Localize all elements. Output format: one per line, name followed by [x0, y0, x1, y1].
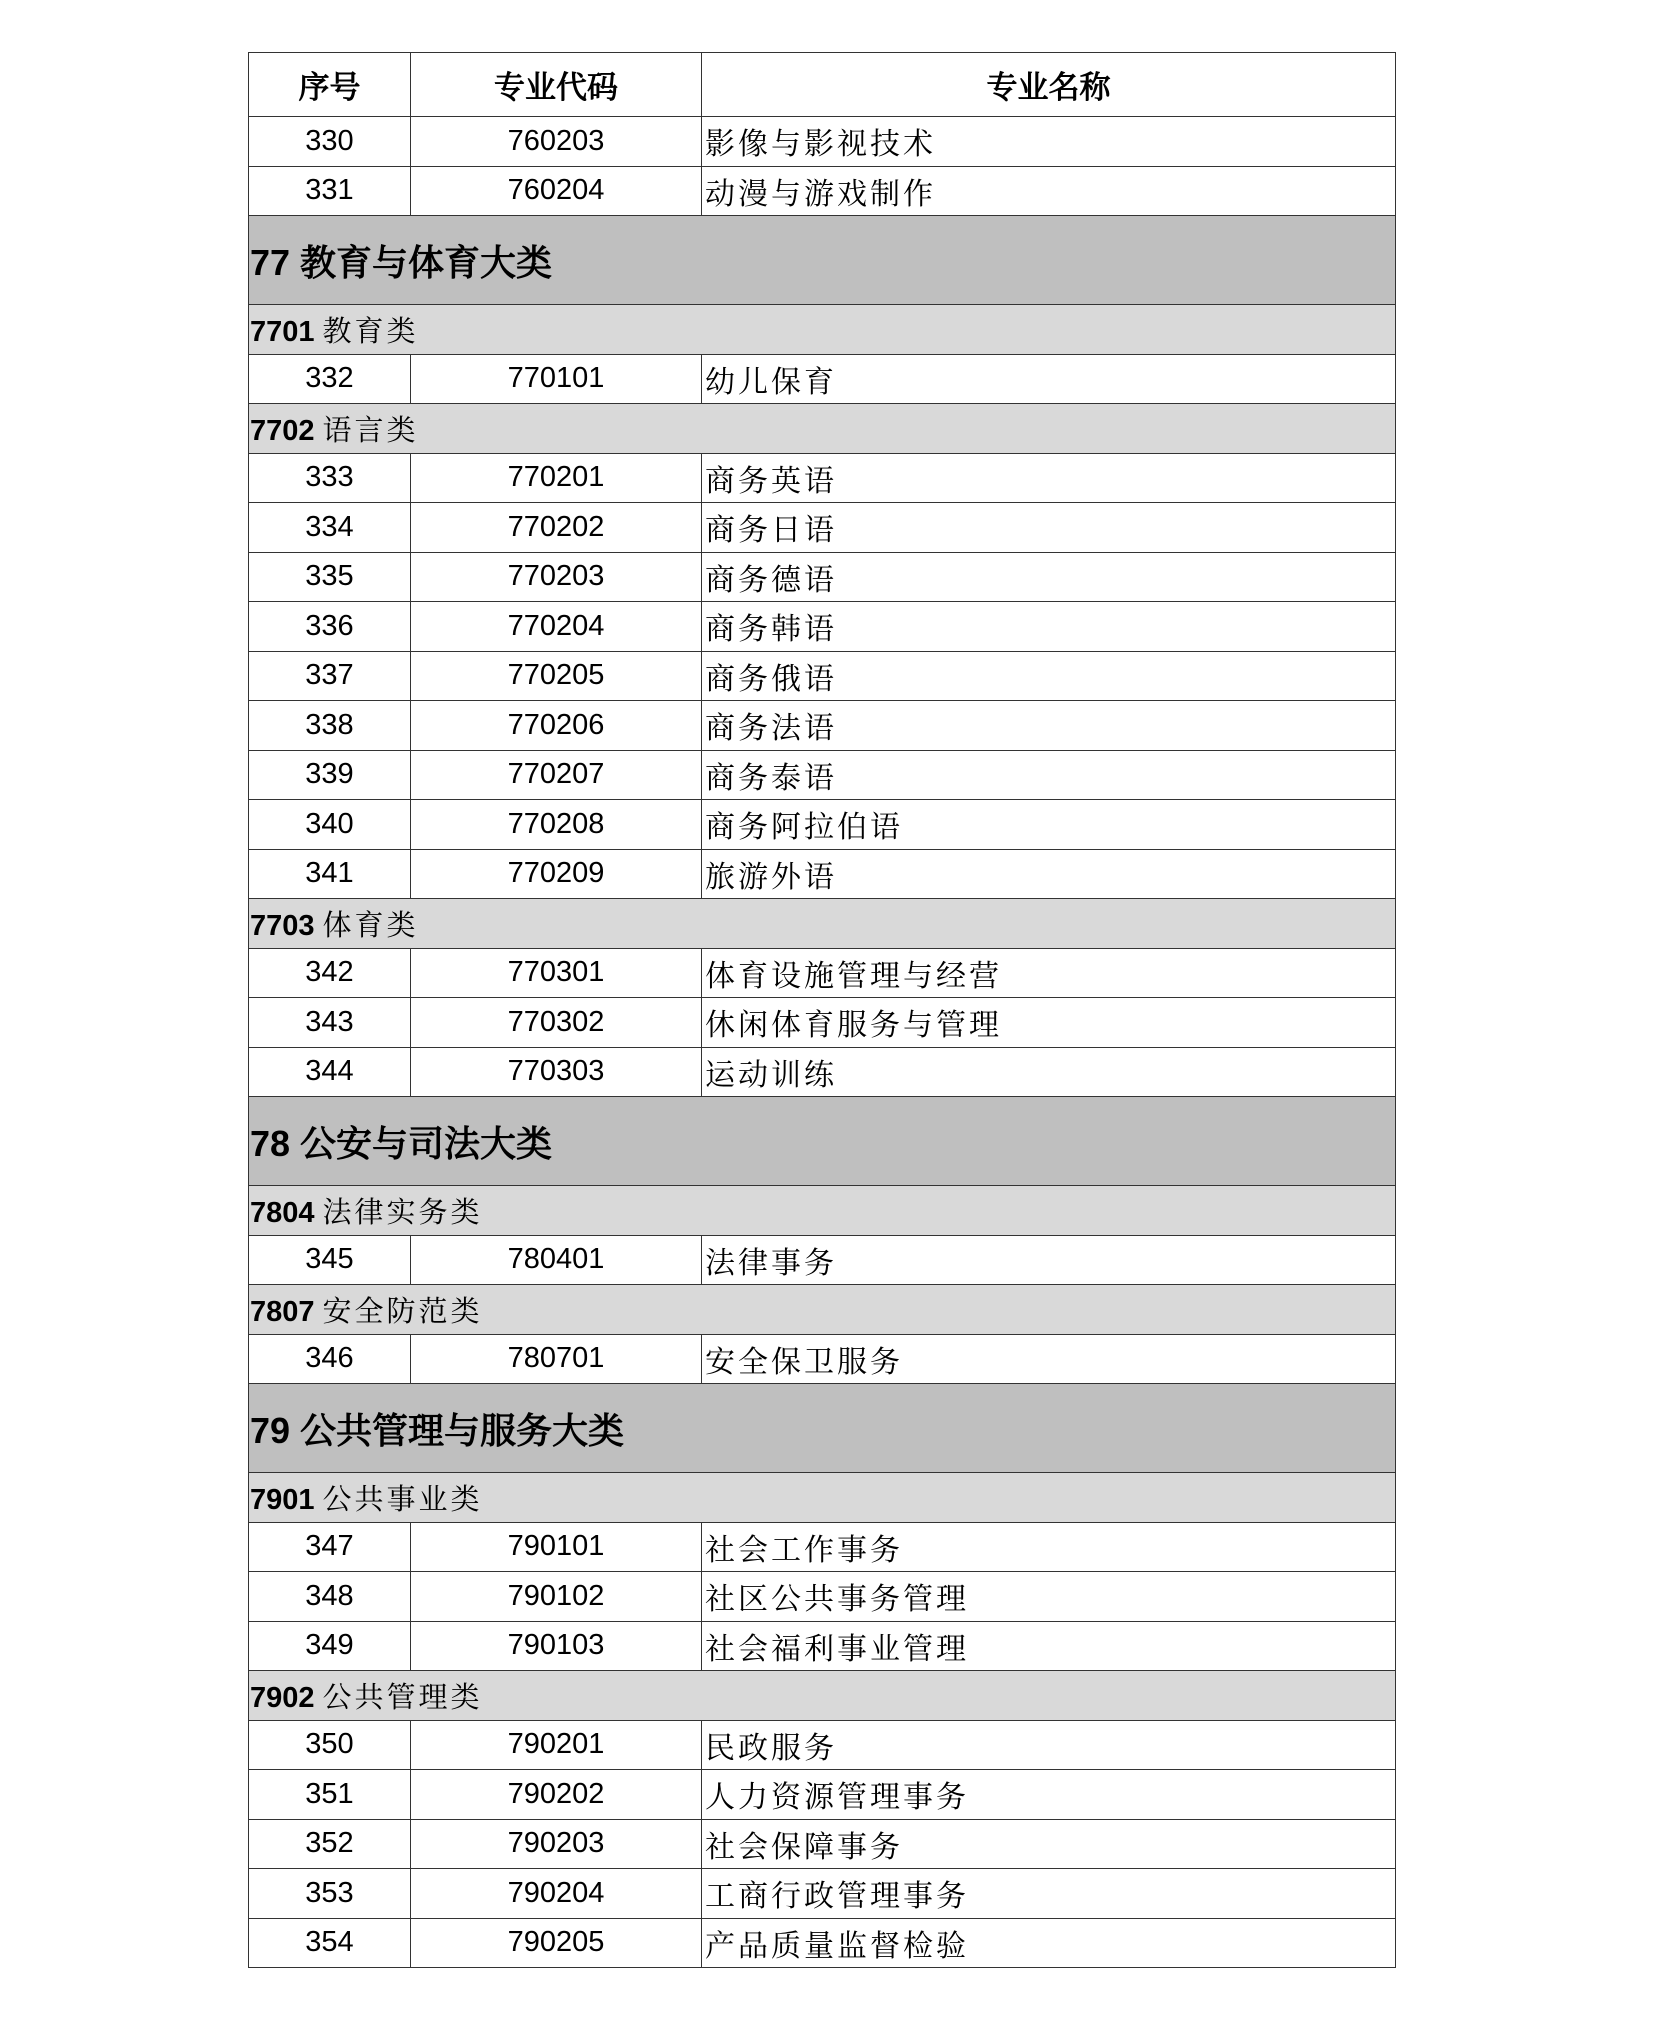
- seq-cell: 345: [249, 1235, 411, 1285]
- code-cell: 790203: [411, 1819, 702, 1869]
- subcategory-name: 教育类: [323, 314, 419, 348]
- major-category-code: 79: [250, 1410, 290, 1451]
- code-cell: 780401: [411, 1235, 702, 1285]
- table-row: 342770301体育设施管理与经营: [249, 948, 1396, 998]
- code-cell: 770302: [411, 998, 702, 1048]
- table-row: 341770209旅游外语: [249, 849, 1396, 899]
- seq-cell: 333: [249, 453, 411, 503]
- name-cell: 体育设施管理与经营: [702, 948, 1396, 998]
- seq-cell: 344: [249, 1047, 411, 1097]
- code-cell: 770301: [411, 948, 702, 998]
- name-cell: 人力资源管理事务: [702, 1770, 1396, 1820]
- subcategory-row: 7902公共管理类: [249, 1671, 1396, 1721]
- seq-cell: 335: [249, 552, 411, 602]
- code-cell: 780701: [411, 1334, 702, 1384]
- name-cell: 商务俄语: [702, 651, 1396, 701]
- subcategory-row: 7901公共事业类: [249, 1473, 1396, 1523]
- code-cell: 790102: [411, 1572, 702, 1622]
- seq-cell: 330: [249, 117, 411, 167]
- table-row: 346780701安全保卫服务: [249, 1334, 1396, 1384]
- major-category-code: 78: [250, 1123, 290, 1164]
- seq-cell: 334: [249, 503, 411, 553]
- table-row: 330760203影像与影视技术: [249, 117, 1396, 167]
- name-cell: 商务德语: [702, 552, 1396, 602]
- seq-cell: 350: [249, 1720, 411, 1770]
- major-category-cell: 78公安与司法大类: [249, 1097, 1396, 1186]
- table-row: 331760204动漫与游戏制作: [249, 166, 1396, 216]
- name-cell: 法律事务: [702, 1235, 1396, 1285]
- table-body: 330760203影像与影视技术331760204动漫与游戏制作77教育与体育大…: [249, 117, 1396, 1968]
- table-row: 352790203社会保障事务: [249, 1819, 1396, 1869]
- name-cell: 休闲体育服务与管理: [702, 998, 1396, 1048]
- seq-cell: 337: [249, 651, 411, 701]
- seq-cell: 346: [249, 1334, 411, 1384]
- name-cell: 影像与影视技术: [702, 117, 1396, 167]
- table-row: 354790205产品质量监督检验: [249, 1918, 1396, 1968]
- major-category-code: 77: [250, 242, 290, 283]
- table-row: 337770205商务俄语: [249, 651, 1396, 701]
- table-row: 334770202商务日语: [249, 503, 1396, 553]
- subcategory-name: 公共事业类: [323, 1482, 483, 1516]
- table-row: 335770203商务德语: [249, 552, 1396, 602]
- table-row: 338770206商务法语: [249, 701, 1396, 751]
- name-cell: 工商行政管理事务: [702, 1869, 1396, 1919]
- table-row: 350790201民政服务: [249, 1720, 1396, 1770]
- seq-cell: 349: [249, 1621, 411, 1671]
- subcategory-name: 法律实务类: [323, 1195, 483, 1229]
- seq-cell: 341: [249, 849, 411, 899]
- code-cell: 790205: [411, 1918, 702, 1968]
- name-cell: 商务法语: [702, 701, 1396, 751]
- header-code: 专业代码: [411, 53, 702, 117]
- seq-cell: 339: [249, 750, 411, 800]
- table-row: 345780401法律事务: [249, 1235, 1396, 1285]
- code-cell: 760204: [411, 166, 702, 216]
- subcategory-cell: 7703体育类: [249, 899, 1396, 949]
- major-category-name: 公安与司法大类: [300, 1123, 552, 1164]
- name-cell: 幼儿保育: [702, 354, 1396, 404]
- major-category-row: 79公共管理与服务大类: [249, 1384, 1396, 1473]
- name-cell: 运动训练: [702, 1047, 1396, 1097]
- code-cell: 790101: [411, 1522, 702, 1572]
- seq-cell: 336: [249, 602, 411, 652]
- seq-cell: 352: [249, 1819, 411, 1869]
- subcategory-code: 7703: [250, 910, 315, 942]
- majors-table: 序号 专业代码 专业名称 330760203影像与影视技术331760204动漫…: [248, 52, 1396, 1968]
- code-cell: 770202: [411, 503, 702, 553]
- name-cell: 商务日语: [702, 503, 1396, 553]
- code-cell: 790201: [411, 1720, 702, 1770]
- table-row: 332770101幼儿保育: [249, 354, 1396, 404]
- subcategory-code: 7901: [250, 1484, 315, 1516]
- name-cell: 社会福利事业管理: [702, 1621, 1396, 1671]
- code-cell: 770205: [411, 651, 702, 701]
- header-name: 专业名称: [702, 53, 1396, 117]
- table-row: 347790101社会工作事务: [249, 1522, 1396, 1572]
- subcategory-code: 7701: [250, 316, 315, 348]
- name-cell: 民政服务: [702, 1720, 1396, 1770]
- subcategory-name: 体育类: [323, 908, 419, 942]
- subcategory-cell: 7702语言类: [249, 404, 1396, 454]
- subcategory-name: 语言类: [323, 413, 419, 447]
- name-cell: 商务阿拉伯语: [702, 800, 1396, 850]
- code-cell: 770204: [411, 602, 702, 652]
- code-cell: 770201: [411, 453, 702, 503]
- header-seq: 序号: [249, 53, 411, 117]
- major-category-row: 78公安与司法大类: [249, 1097, 1396, 1186]
- subcategory-code: 7807: [250, 1296, 315, 1328]
- code-cell: 790204: [411, 1869, 702, 1919]
- name-cell: 产品质量监督检验: [702, 1918, 1396, 1968]
- table-row: 339770207商务泰语: [249, 750, 1396, 800]
- major-category-name: 教育与体育大类: [300, 242, 552, 283]
- table-row: 333770201商务英语: [249, 453, 1396, 503]
- subcategory-cell: 7701教育类: [249, 305, 1396, 355]
- seq-cell: 332: [249, 354, 411, 404]
- code-cell: 770206: [411, 701, 702, 751]
- table-row: 351790202人力资源管理事务: [249, 1770, 1396, 1820]
- subcategory-name: 公共管理类: [323, 1680, 483, 1714]
- seq-cell: 351: [249, 1770, 411, 1820]
- subcategory-cell: 7901公共事业类: [249, 1473, 1396, 1523]
- table-row: 348790102社区公共事务管理: [249, 1572, 1396, 1622]
- table-row: 349790103社会福利事业管理: [249, 1621, 1396, 1671]
- subcategory-code: 7702: [250, 415, 315, 447]
- seq-cell: 342: [249, 948, 411, 998]
- seq-cell: 354: [249, 1918, 411, 1968]
- code-cell: 770207: [411, 750, 702, 800]
- code-cell: 770303: [411, 1047, 702, 1097]
- table-row: 343770302休闲体育服务与管理: [249, 998, 1396, 1048]
- table-row: 344770303运动训练: [249, 1047, 1396, 1097]
- subcategory-row: 7807安全防范类: [249, 1285, 1396, 1335]
- name-cell: 旅游外语: [702, 849, 1396, 899]
- code-cell: 770209: [411, 849, 702, 899]
- code-cell: 770101: [411, 354, 702, 404]
- subcategory-name: 安全防范类: [323, 1294, 483, 1328]
- subcategory-code: 7804: [250, 1197, 315, 1229]
- subcategory-row: 7804法律实务类: [249, 1186, 1396, 1236]
- code-cell: 760203: [411, 117, 702, 167]
- code-cell: 770203: [411, 552, 702, 602]
- table-header-row: 序号 专业代码 专业名称: [249, 53, 1396, 117]
- name-cell: 商务泰语: [702, 750, 1396, 800]
- table-row: 353790204工商行政管理事务: [249, 1869, 1396, 1919]
- name-cell: 商务韩语: [702, 602, 1396, 652]
- major-category-name: 公共管理与服务大类: [300, 1410, 624, 1451]
- subcategory-cell: 7807安全防范类: [249, 1285, 1396, 1335]
- subcategory-cell: 7902公共管理类: [249, 1671, 1396, 1721]
- subcategory-code: 7902: [250, 1682, 315, 1714]
- seq-cell: 348: [249, 1572, 411, 1622]
- name-cell: 社区公共事务管理: [702, 1572, 1396, 1622]
- major-category-cell: 79公共管理与服务大类: [249, 1384, 1396, 1473]
- name-cell: 安全保卫服务: [702, 1334, 1396, 1384]
- code-cell: 770208: [411, 800, 702, 850]
- subcategory-row: 7701教育类: [249, 305, 1396, 355]
- name-cell: 商务英语: [702, 453, 1396, 503]
- seq-cell: 338: [249, 701, 411, 751]
- name-cell: 社会工作事务: [702, 1522, 1396, 1572]
- name-cell: 社会保障事务: [702, 1819, 1396, 1869]
- subcategory-row: 7702语言类: [249, 404, 1396, 454]
- seq-cell: 343: [249, 998, 411, 1048]
- table-row: 336770204商务韩语: [249, 602, 1396, 652]
- table-row: 340770208商务阿拉伯语: [249, 800, 1396, 850]
- major-category-row: 77教育与体育大类: [249, 216, 1396, 305]
- seq-cell: 340: [249, 800, 411, 850]
- subcategory-cell: 7804法律实务类: [249, 1186, 1396, 1236]
- code-cell: 790103: [411, 1621, 702, 1671]
- seq-cell: 347: [249, 1522, 411, 1572]
- major-category-cell: 77教育与体育大类: [249, 216, 1396, 305]
- seq-cell: 353: [249, 1869, 411, 1919]
- subcategory-row: 7703体育类: [249, 899, 1396, 949]
- name-cell: 动漫与游戏制作: [702, 166, 1396, 216]
- seq-cell: 331: [249, 166, 411, 216]
- code-cell: 790202: [411, 1770, 702, 1820]
